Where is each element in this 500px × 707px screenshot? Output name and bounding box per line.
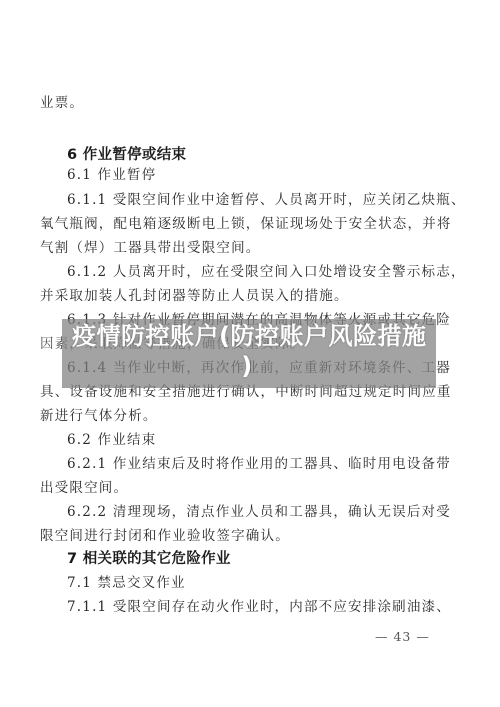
- text-line: 6.1.1 受限空间作业中途暂停、人员离开时，应关闭乙炔瓶、: [67, 192, 466, 208]
- text-line: 6.2.2 清理现场，清点作业人员和工器具，确认无误后对受: [67, 504, 451, 520]
- text-line: 出受限空间。: [40, 480, 128, 496]
- text-line: 新进行气体分析。: [40, 408, 158, 424]
- banner-title-line2: ): [72, 351, 432, 381]
- text-line: 6.2.1 作业结束后及时将作业用的工器具、临时用电设备带: [67, 456, 451, 472]
- banner-title-line1: 疫情防控账户(防控账户风险措施: [72, 322, 426, 350]
- banner-title: 疫情防控账户(防控账户风险措施 ): [72, 321, 432, 381]
- text-line: 氧气瓶阀，配电箱逐级断电上锁，保证现场处于安全状态，并将: [40, 216, 452, 232]
- text-line: 气割（焊）工器具带出受限空间。: [40, 240, 261, 256]
- text-line: 7.1.1 受限空间存在动火作业时，内部不应安排涂刷油漆、: [67, 599, 451, 615]
- text-line: 6.1.2 人员离开时，应在受限空间入口处增设安全警示标志，: [67, 264, 466, 280]
- text-line: 6.1 作业暂停: [67, 167, 156, 183]
- text-line: 业票。: [40, 95, 84, 111]
- text-line: 7.1 禁忌交叉作业: [67, 575, 186, 591]
- text-line: 6.2 作业结束: [67, 432, 156, 448]
- text-line: 并采取加装人孔封闭器等防止人员误入的措施。: [40, 288, 349, 304]
- text-line: 限空间进行封闭和作业验收签字确认。: [40, 528, 290, 544]
- section-heading: 6 作业暂停或结束: [67, 147, 186, 163]
- page-number: — 43 —: [375, 629, 430, 644]
- section-heading: 7 相关联的其它危险作业: [67, 551, 231, 567]
